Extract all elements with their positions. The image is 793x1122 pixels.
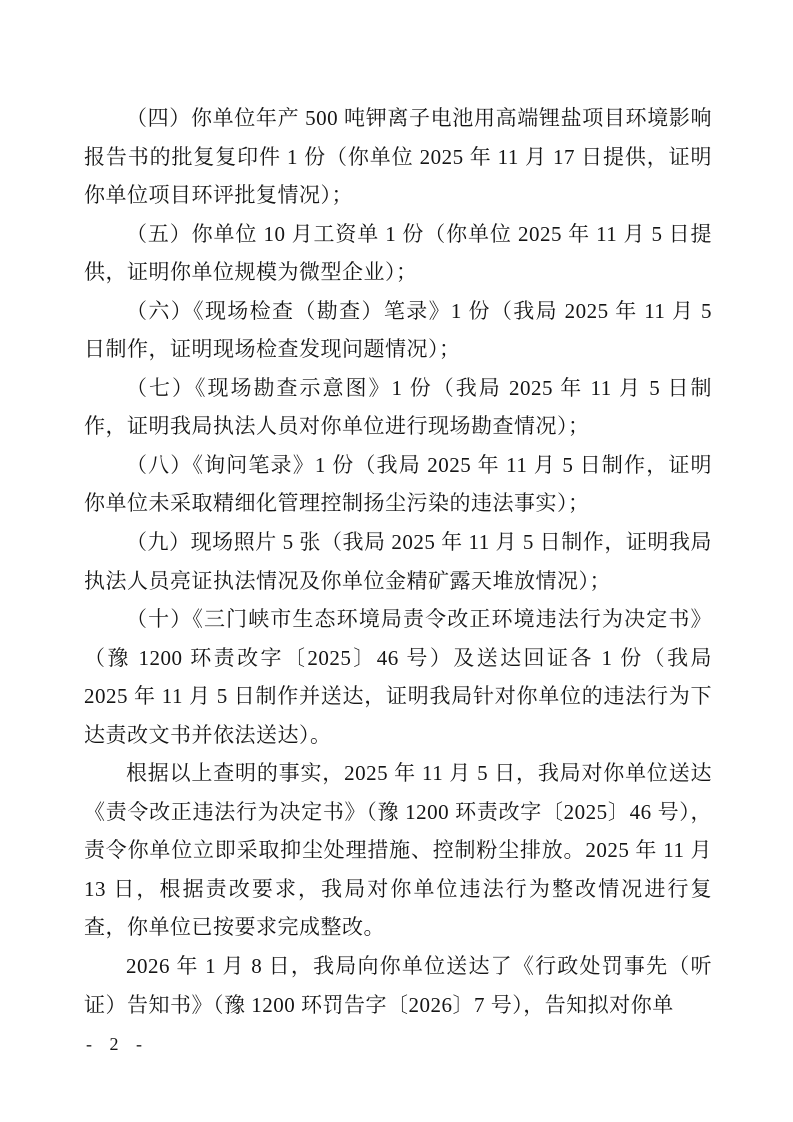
evidence-item-9: （九）现场照片 5 张（我局 2025 年 11 月 5 日制作，证明我局执法人… [84,523,712,600]
evidence-item-7: （七）《现场勘查示意图》1 份（我局 2025 年 11 月 5 日制作，证明我… [84,369,712,446]
document-page: （四）你单位年产 500 吨钾离子电池用高端锂盐项目环境影响报告书的批复复印件 … [0,0,793,1122]
evidence-item-8: （八）《询问笔录》1 份（我局 2025 年 11 月 5 日制作，证明你单位未… [84,446,712,523]
evidence-item-10: （十）《三门峡市生态环境局责令改正环境违法行为决定书》（豫 1200 环责改字〔… [84,600,712,754]
evidence-item-6: （六）《现场检查（勘查）笔录》1 份（我局 2025 年 11 月 5 日制作，… [84,292,712,369]
document-body: （四）你单位年产 500 吨钾离子电池用高端锂盐项目环境影响报告书的批复复印件 … [84,99,712,1024]
evidence-item-5: （五）你单位 10 月工资单 1 份（你单位 2025 年 11 月 5 日提供… [84,215,712,292]
page-number: - 2 - [86,1034,145,1055]
prior-notice-paragraph: 2026 年 1 月 8 日，我局向你单位送达了《行政处罚事先（听证）告知书》（… [84,947,712,1024]
evidence-item-4: （四）你单位年产 500 吨钾离子电池用高端锂盐项目环境影响报告书的批复复印件 … [84,99,712,215]
facts-and-rectification-paragraph: 根据以上查明的事实，2025 年 11 月 5 日，我局对你单位送达《责令改正违… [84,754,712,947]
